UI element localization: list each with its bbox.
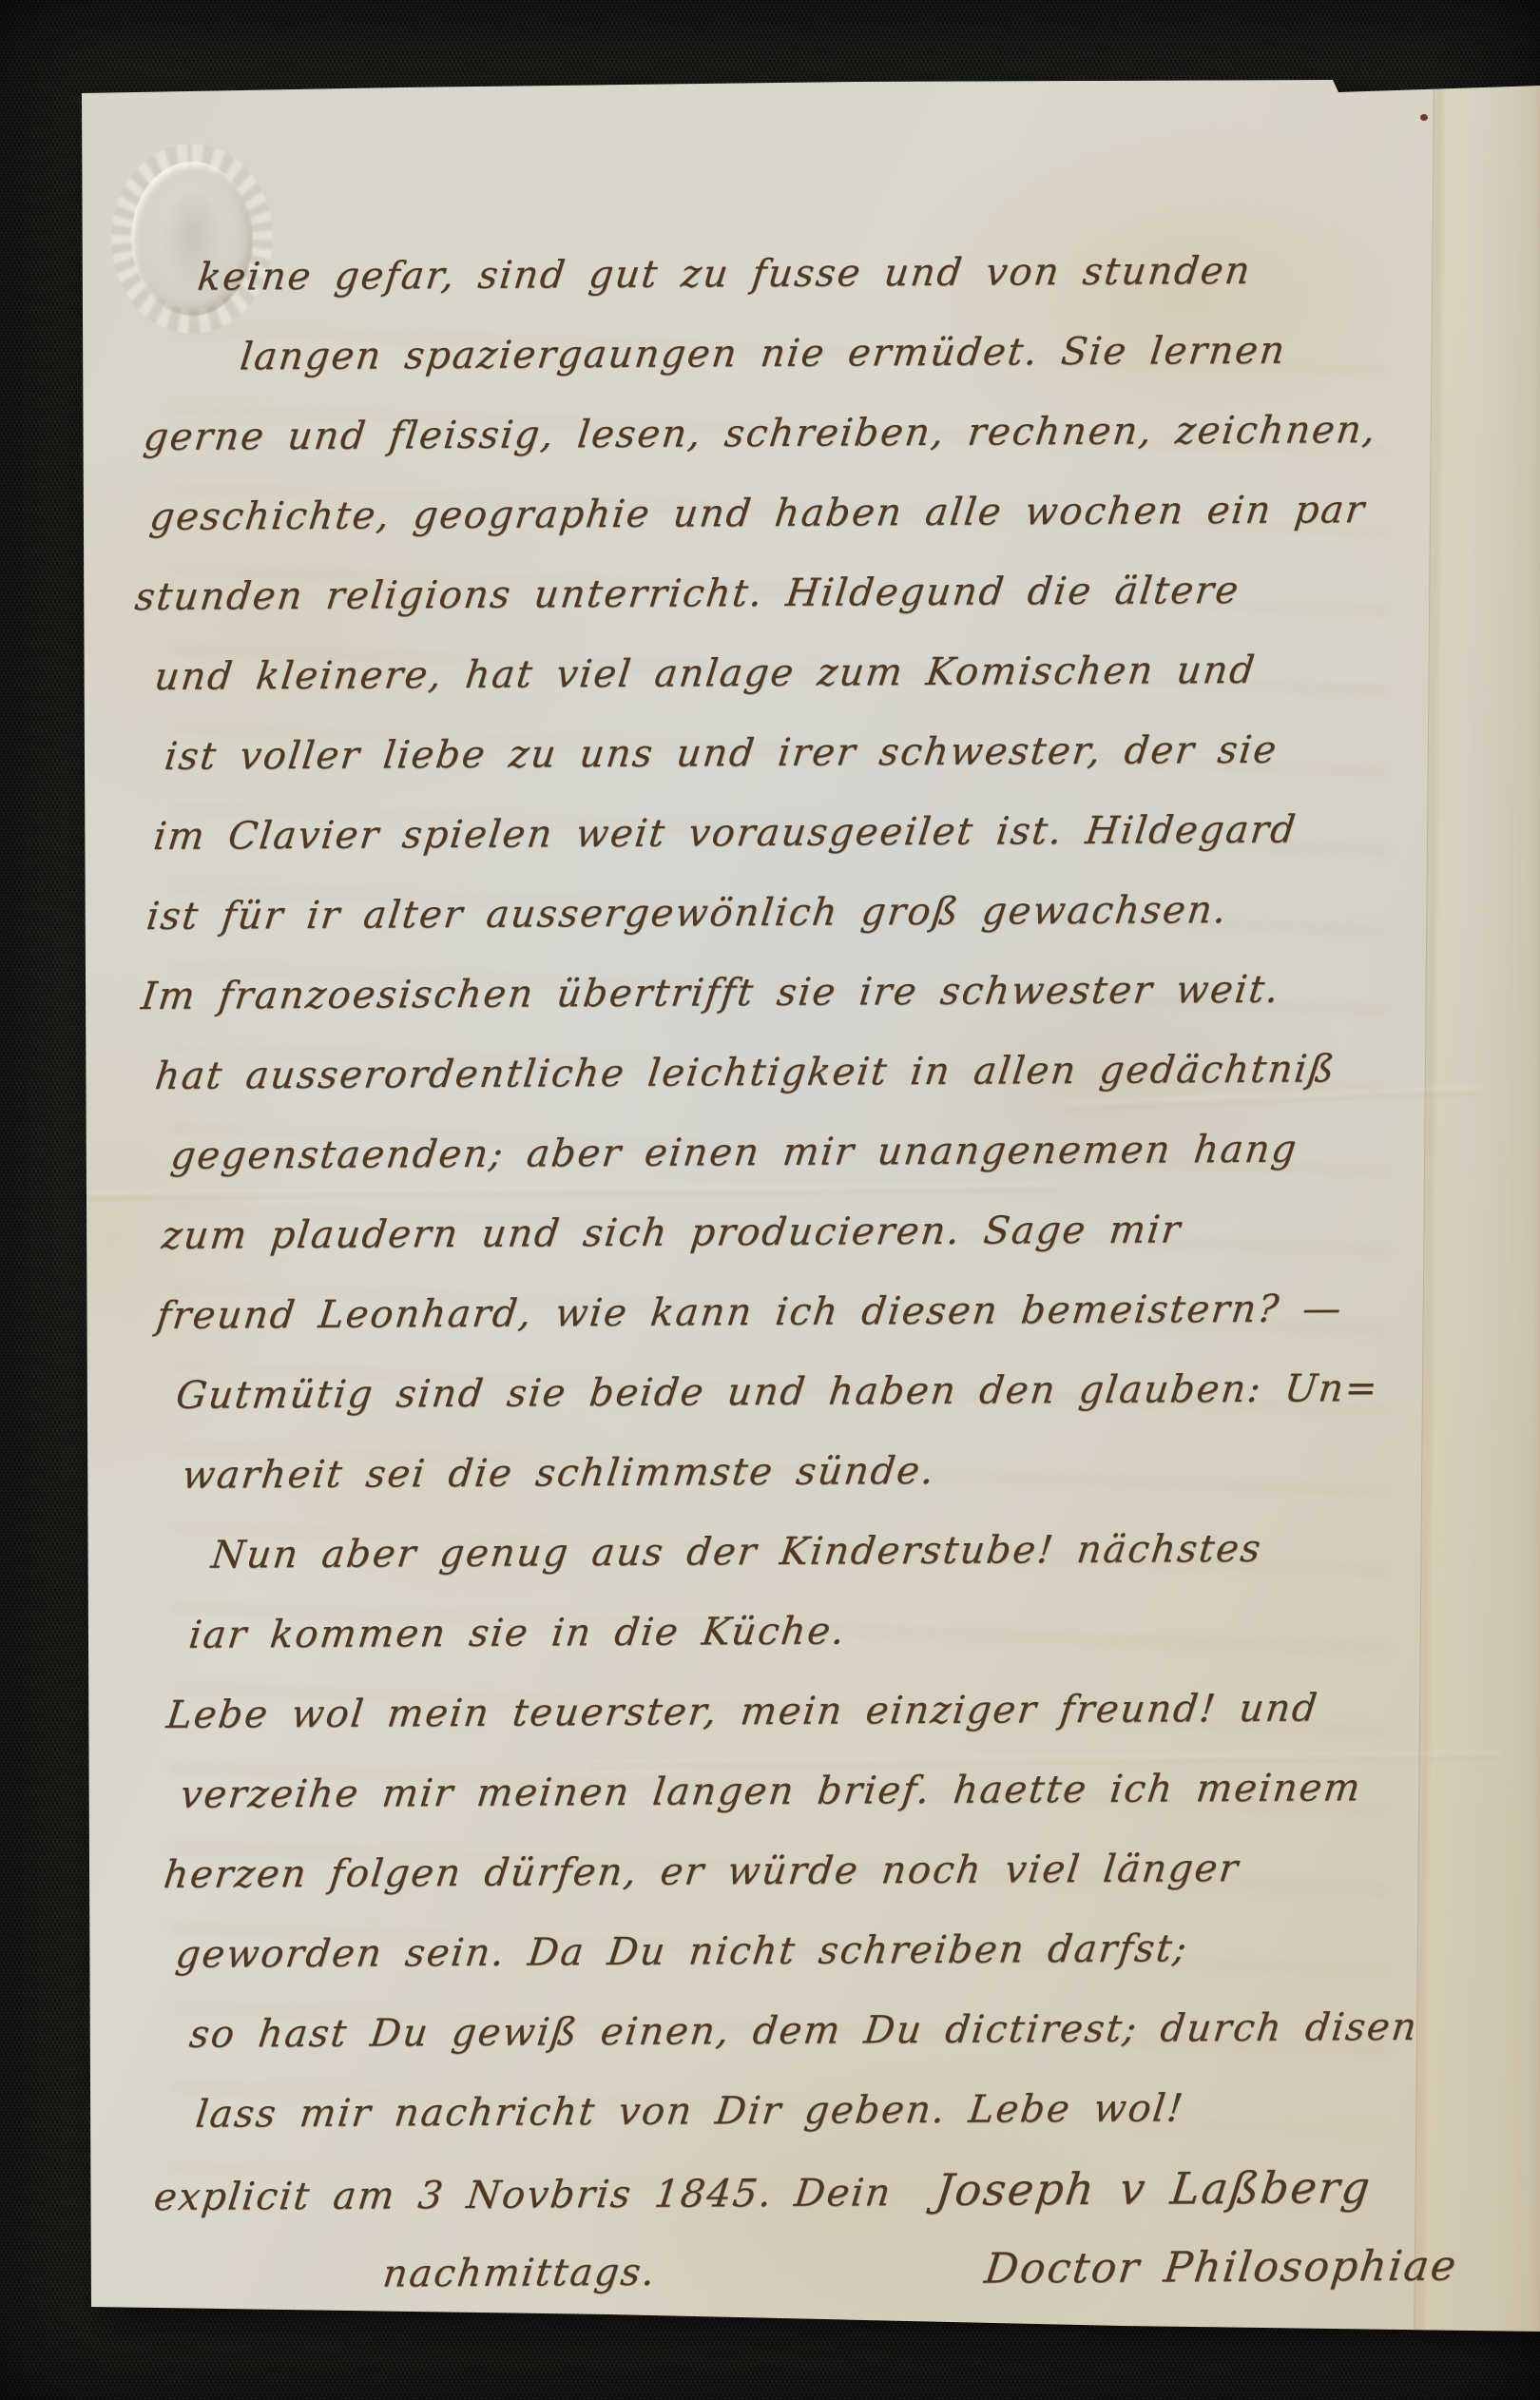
closing-time: nachmittags. [378,2233,661,2314]
letter-line: gerne und fleissig, lesen, schreiben, re… [139,389,1508,477]
letter-line: hat ausserordentliche leichtigkeit in al… [150,1028,1511,1116]
letter-line: langen spaziergaungen nie ermüdet. Sie l… [236,309,1508,397]
closing-date: explicit am 3 Novbris 1845. [149,2154,778,2237]
letter-line: im Clavier spielen weit vorausgeeilet is… [149,788,1511,877]
paper-sheet-wrapper: keine gefar, sind gut zu fusse und von s… [0,0,1540,2400]
signature-salutation: Dein [790,2153,896,2234]
letter-paper: keine gefar, sind gut zu fusse und von s… [0,0,1540,2400]
signature-name: Joseph v Laßberg [932,2147,1376,2230]
letter-line: Lebe wol mein teuerster, mein einziger f… [163,1667,1516,1755]
letter-line: ist für ir alter aussergewönlich groß ge… [142,868,1511,957]
letter-line: und kleinere, hat viel anlage zum Komisc… [150,629,1510,717]
letter-line: gegenstaenden; aber einen mir unangeneme… [166,1108,1512,1196]
letter-line: lass mir nachricht von Dir geben. Lebe w… [191,2066,1518,2155]
letter-line: freund Leonhard, wie kann ich diesen bem… [152,1268,1513,1356]
letter-line: iar kommen sie in die Küche. [184,1587,1515,1675]
letter-line: Nun aber genug aus der Kinderstube! näch… [207,1507,1515,1595]
closing-time-row: nachmittags. Doctor Philosophiae [150,2226,1519,2314]
letter-line: so hast Du gewiß einen, dem Du dictirest… [185,1986,1518,2075]
letter-line: warheit sei die schlimmste sünde. [178,1427,1514,1516]
letter-line: Gutmütig sind sie beide und haben den gl… [172,1347,1514,1436]
closing-date-row: explicit am 3 Novbris 1845. Dein Joseph … [150,2146,1519,2235]
manuscript-letter-photo: keine gefar, sind gut zu fusse und von s… [0,0,1540,2400]
letter-line: ist voller liebe zu uns und irer schwest… [160,708,1510,797]
signature-title: Doctor Philosophiae [980,2227,1462,2310]
letter-line: verzeihe mir meinen langen brief. haette… [176,1747,1516,1835]
letter-line: geschichte, geographie und haben alle wo… [145,469,1509,557]
ink-speck [1420,114,1428,121]
letter-line: Im franzoesischen übertrifft sie ire sch… [137,948,1511,1036]
letter-line: stunden religions unterricht. Hildegund … [130,549,1509,637]
letter-line: keine gefar, sind gut zu fusse und von s… [193,229,1507,317]
signature-group: Dein Joseph v Laßberg [790,2147,1376,2234]
letter-line: zum plaudern und sich producieren. Sage … [158,1188,1513,1276]
letter-line: geworden sein. Da Du nicht schreiben dar… [171,1906,1517,1995]
letter-body: keine gefar, sind gut zu fusse und von s… [143,229,1514,2314]
letter-line: herzen folgen dürfen, er würde noch viel… [160,1827,1517,1915]
